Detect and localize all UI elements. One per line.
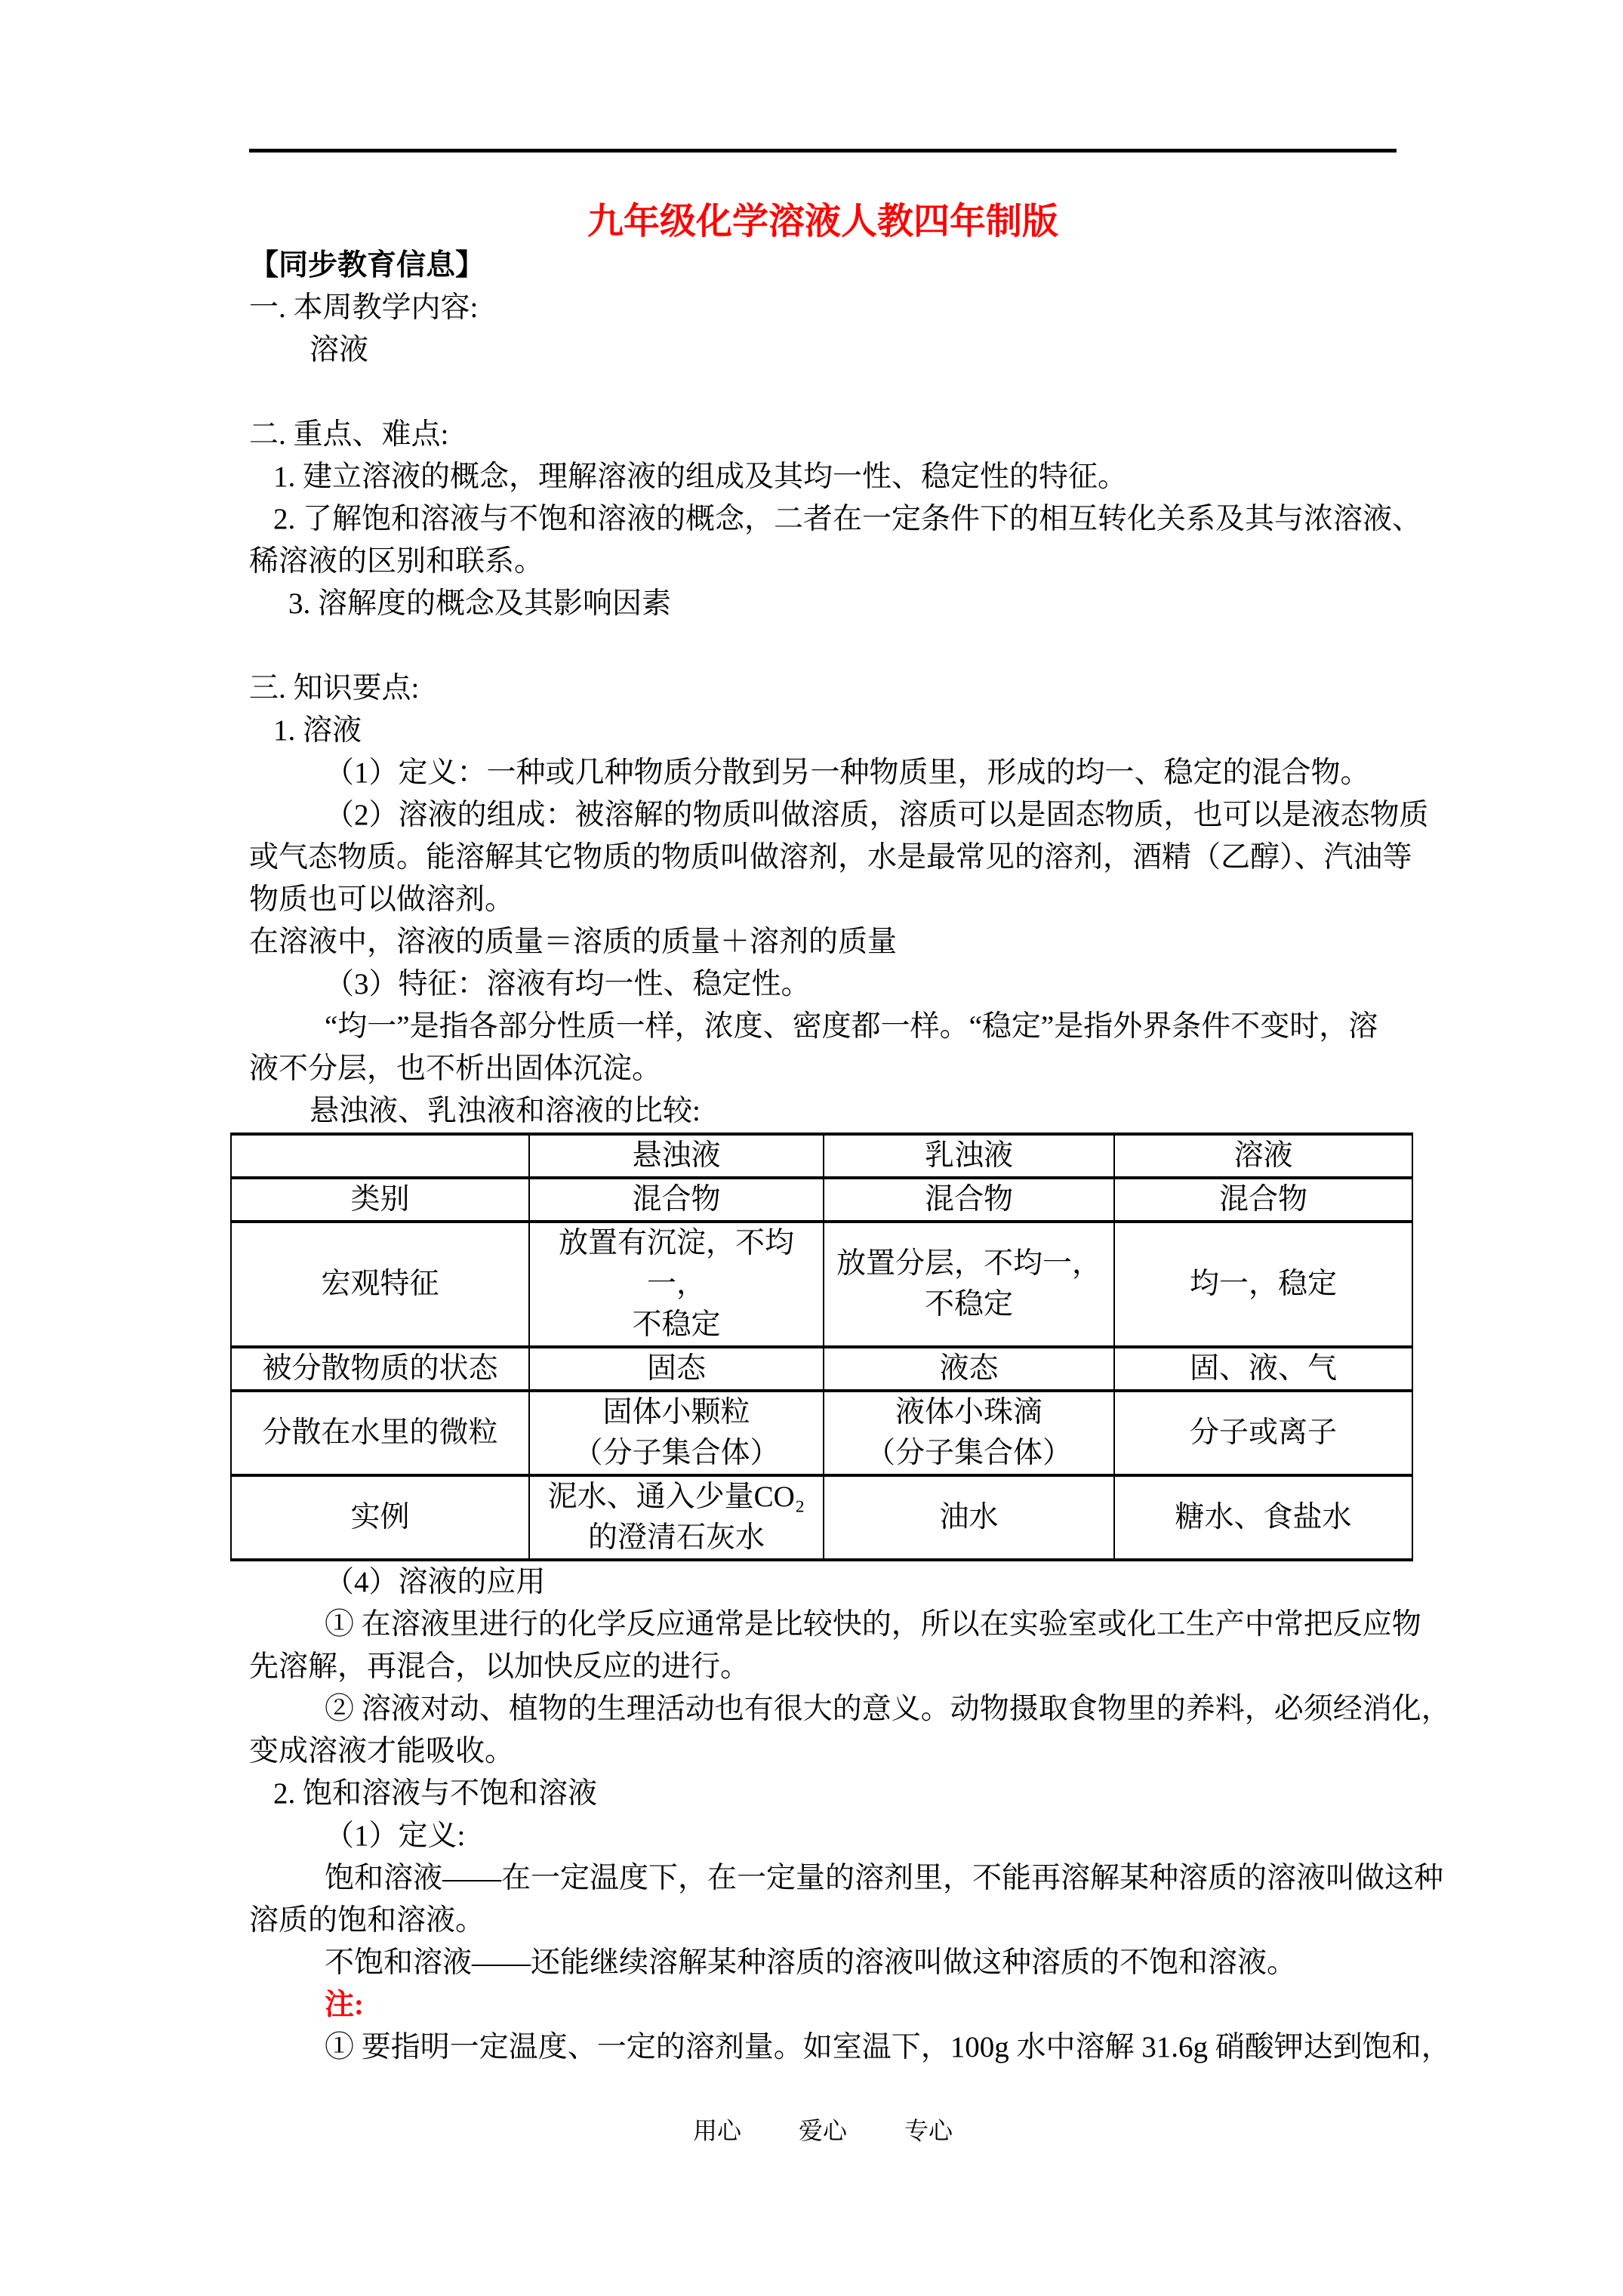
para-app2-line: 变成溶液才能吸收。 [249,1730,1397,1773]
para-week-content: 溶液 [249,329,1397,371]
comparison-table: 悬浊液 乳浊液 溶液 类别 混合物 混合物 混合物 宏观特征 放置有沉淀，不均一… [230,1133,1413,1561]
para-k1-feat-expl-line: 液不分层，也不析出固体沉淀。 [249,1048,1397,1090]
para-kp2: 2. 了解饱和溶液与不饱和溶液的概念，二者在一定条件下的相互转化关系及其与浓溶液… [249,498,1397,583]
table-cell: 分子或离子 [1114,1391,1412,1475]
table-header-cell: 溶液 [1114,1134,1412,1178]
para-k1-feat-expl: “均一”是指各部分性质一样，浓度、密度都一样。“稳定”是指外界条件不变时，溶 液… [249,1006,1397,1090]
table-cell: 均一，稳定 [1114,1222,1412,1347]
table-header-cell [231,1134,529,1178]
para-app1: ① 在溶液里进行的化学反应通常是比较快的，所以在实验室或化工生产中常把反应物 先… [249,1604,1397,1688]
para-kp1: 1. 建立溶液的概念，理解溶液的组成及其均一性、稳定性的特征。 [249,456,1397,498]
table-header-cell: 悬浊液 [529,1134,824,1178]
para-k1-def: （1）定义：一种或几种物质分散到另一种物质里，形成的均一、稳定的混合物。 [249,752,1397,794]
para-note1: ① 要指明一定温度、一定的溶剂量。如室温下，100g 水中溶解 31.6g 硝酸… [249,2026,1397,2069]
table-cell: 实例 [231,1475,529,1560]
table-cell: 宏观特征 [231,1222,529,1347]
document-title: 九年级化学溶液人教四年制版 [249,199,1397,245]
para-k1-feat: （3）特征：溶液有均一性、稳定性。 [249,963,1397,1006]
para-k1-comp-line: 或气态物质。能溶解其它物质的物质叫做溶剂，水是最常见的溶剂，酒精（乙醇）、汽油等 [249,837,1397,879]
footer-item: 爱心 [799,2117,847,2144]
para-k2: 2. 饱和溶液与不饱和溶液 [249,1773,1397,1815]
para-kp3: 3. 溶解度的概念及其影响因素 [249,583,1397,625]
blank-line [249,371,1397,414]
para-k2-sat: 饱和溶液——在一定温度下，在一定量的溶剂里，不能再溶解某种溶质的溶液叫做这种 溶… [249,1857,1397,1942]
para-app1-line: 先溶解，再混合，以加快反应的进行。 [249,1646,1397,1688]
table-cell: 糖水、食盐水 [1114,1475,1412,1560]
table-cell: 固体小颗粒 （分子集合体） [529,1391,824,1475]
table-row: 宏观特征 放置有沉淀，不均一， 不稳定 放置分层，不均一， 不稳定 均一，稳定 [231,1222,1412,1347]
table-cell: 固态 [529,1347,824,1391]
para-app2: ② 溶液对动、植物的生理活动也有很大的意义。动物摄取食物里的养料，必须经消化， … [249,1688,1397,1773]
table-row: 分散在水里的微粒 固体小颗粒 （分子集合体） 液体小珠滴 （分子集合体） 分子或… [231,1391,1412,1475]
table-cell: 泥水、通入少量CO₂ 的澄清石灰水 [529,1475,824,1560]
table-cell: 类别 [231,1178,529,1222]
header-rule [249,149,1397,153]
table-cell: 固、液、气 [1114,1347,1412,1391]
page-footer: 用心 爱心 专心 [249,2113,1397,2149]
para-k1-feat-expl-line: “均一”是指各部分性质一样，浓度、密度都一样。“稳定”是指外界条件不变时，溶 [249,1006,1397,1048]
para-k1-app: （4）溶液的应用 [249,1561,1397,1604]
para-k1-comp-line: 物质也可以做溶剂。 [249,879,1397,921]
table-cell: 混合物 [529,1178,824,1222]
table-row: 实例 泥水、通入少量CO₂ 的澄清石灰水 油水 糖水、食盐水 [231,1475,1412,1560]
table-row: 类别 混合物 混合物 混合物 [231,1178,1412,1222]
table-cell: 混合物 [824,1178,1114,1222]
para-sync-info: 【同步教育信息】 [249,245,1397,287]
para-k2-sat-line: 溶质的饱和溶液。 [249,1900,1397,1942]
document-page: 九年级化学溶液人教四年制版 【同步教育信息】 一. 本周教学内容: 溶液 二. … [0,0,1623,2296]
para-app1-line: ① 在溶液里进行的化学反应通常是比较快的，所以在实验室或化工生产中常把反应物 [249,1604,1397,1646]
para-k1-comp: （2）溶液的组成：被溶解的物质叫做溶质，溶质可以是固态物质，也可以是液态物质 或… [249,794,1397,921]
para-k1-mass: 在溶液中，溶液的质量＝溶质的质量＋溶剂的质量 [249,921,1397,963]
para-k2-sat-line: 饱和溶液——在一定温度下，在一定量的溶剂里，不能再溶解某种溶质的溶液叫做这种 [249,1857,1397,1900]
para-k2-def-head: （1）定义: [249,1815,1397,1857]
para-knowledge-head: 三. 知识要点: [249,667,1397,710]
para-k1-comp-line: （2）溶液的组成：被溶解的物质叫做溶质，溶质可以是固态物质，也可以是液态物质 [249,794,1397,837]
table-cell: 油水 [824,1475,1114,1560]
para-key-points-head: 二. 重点、难点: [249,414,1397,456]
para-note-label: 注: [249,1984,1397,2026]
table-header-row: 悬浊液 乳浊液 溶液 [231,1134,1412,1178]
table-cell: 液体小珠滴 （分子集合体） [824,1391,1114,1475]
table-cell: 混合物 [1114,1178,1412,1222]
para-app2-line: ② 溶液对动、植物的生理活动也有很大的意义。动物摄取食物里的养料，必须经消化， [249,1688,1397,1730]
para-kp2-line: 2. 了解饱和溶液与不饱和溶液的概念，二者在一定条件下的相互转化关系及其与浓溶液… [249,498,1397,541]
table-cell: 放置分层，不均一， 不稳定 [824,1222,1114,1347]
footer-item: 用心 [693,2117,741,2144]
para-k2-unsat: 不饱和溶液——还能继续溶解某种溶质的溶液叫做这种溶质的不饱和溶液。 [249,1942,1397,1984]
para-week-head: 一. 本周教学内容: [249,287,1397,329]
document-content: 九年级化学溶液人教四年制版 【同步教育信息】 一. 本周教学内容: 溶液 二. … [0,149,1623,2149]
table-cell: 被分散物质的状态 [231,1347,529,1391]
table-row: 被分散物质的状态 固态 液态 固、液、气 [231,1347,1412,1391]
table-cell: 液态 [824,1347,1114,1391]
table-header-cell: 乳浊液 [824,1134,1114,1178]
blank-line [249,625,1397,667]
footer-item: 专心 [904,2117,953,2144]
para-compare-intro: 悬浊液、乳浊液和溶液的比较: [249,1090,1397,1133]
para-k1: 1. 溶液 [249,710,1397,752]
table-cell: 分散在水里的微粒 [231,1391,529,1475]
para-kp2-line: 稀溶液的区别和联系。 [249,541,1397,583]
table-cell: 放置有沉淀，不均一， 不稳定 [529,1222,824,1347]
